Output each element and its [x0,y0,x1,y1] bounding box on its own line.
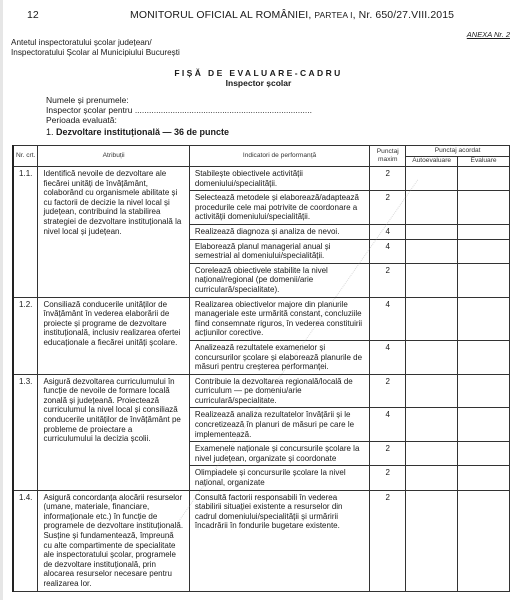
max-score-cell: 4 [370,408,406,442]
indicator-cell: Examenele naționale și concursurile școl… [189,442,369,466]
header-evaluare: Evaluare [458,156,510,167]
name-field-label: Numele și prenumele: [46,95,312,105]
header-indicatori: Indicatori de performanță [189,146,369,167]
self-evaluation-cell[interactable] [406,408,458,442]
indicator-cell: Corelează obiectivele stabilite la nivel… [189,263,369,297]
evaluation-cell[interactable] [458,466,510,490]
table-row: 1.2.Consiliază conducerile unităților de… [13,297,510,340]
indicator-cell: Realizează diagnoza și analiza de nevoi. [189,224,369,239]
evaluation-cell[interactable] [458,490,510,591]
running-header: 12 MONITORUL OFICIAL AL ROMÂNIEI, PARTEA… [0,9,517,23]
evaluation-cell[interactable] [458,408,510,442]
max-score-cell: 2 [370,490,406,591]
period-field-label: Perioada evaluată: [46,115,312,125]
page-number: 12 [27,9,39,21]
header-autoevaluare: Autoevaluare [406,156,458,167]
self-evaluation-cell[interactable] [406,340,458,374]
evaluation-cell[interactable] [458,239,510,263]
self-evaluation-cell[interactable] [406,224,458,239]
indicator-cell: Olimpiadele și concursurile școlare la n… [189,466,369,490]
annex-label: ANEXA Nr. 2 [467,30,510,39]
table-body: 1.1.Identifică nevoile de dezvoltare ale… [13,167,510,592]
max-score-cell: 4 [370,224,406,239]
self-evaluation-cell[interactable] [406,297,458,340]
evaluation-cell[interactable] [458,224,510,239]
attribution-cell: Identifică nevoile de dezvoltare ale fie… [38,167,189,298]
indicator-cell: Realizează analiza rezultatelor învățări… [189,408,369,442]
header-nr: Nr. crt. [13,146,38,167]
evaluee-fields: Numele și prenumele: Inspector școlar pe… [46,95,312,125]
row-number: 1.1. [13,167,38,298]
evaluation-cell[interactable] [458,442,510,466]
row-number: 1.3. [13,374,38,490]
self-evaluation-cell[interactable] [406,263,458,297]
row-number: 1.2. [13,297,38,374]
max-score-cell: 2 [370,263,406,297]
max-score-cell: 4 [370,297,406,340]
table-row: 1.4.Asigură concordanța alocării resurse… [13,490,510,591]
max-score-cell: 2 [370,466,406,490]
attribution-cell: Asigură concordanța alocării resurselor … [38,490,189,591]
max-score-cell: 2 [370,191,406,225]
page-edge [0,0,3,600]
evaluation-table: Nr. crt. Atribuții Indicatori de perform… [12,145,510,592]
indicator-cell: Selectează metodele și elaborează/adapte… [189,191,369,225]
section-heading: 1. Dezvoltare instituțională — 36 de pun… [46,127,229,137]
max-score-cell: 2 [370,167,406,191]
attribution-cell: Consiliază conducerile unităților de înv… [38,297,189,374]
table-row: 1.1.Identifică nevoile de dezvoltare ale… [13,167,510,191]
header-punctaj-maxim: Punctaj maxim [370,146,406,167]
max-score-cell: 2 [370,442,406,466]
max-score-cell: 4 [370,340,406,374]
evaluation-cell[interactable] [458,191,510,225]
self-evaluation-cell[interactable] [406,466,458,490]
evaluation-cell[interactable] [458,374,510,408]
inspector-field-label: Inspector școlar pentru ................… [46,105,312,115]
indicator-cell: Realizarea obiectivelor majore din planu… [189,297,369,340]
self-evaluation-cell[interactable] [406,167,458,191]
journal-title: MONITORUL OFICIAL AL ROMÂNIEI, PARTEA I,… [130,9,454,21]
institution-header: Antetul inspectoratului școlar județean/… [11,38,180,58]
self-evaluation-cell[interactable] [406,239,458,263]
form-title: FIȘĂ DE EVALUARE-CADRU [0,68,517,78]
indicator-cell: Elaborează planul managerial anual și se… [189,239,369,263]
evaluation-cell[interactable] [458,263,510,297]
self-evaluation-cell[interactable] [406,490,458,591]
indicator-cell: Stabilește obiectivele activității domen… [189,167,369,191]
header-punctaj-acordat: Punctaj acordat [406,146,510,157]
evaluation-cell[interactable] [458,167,510,191]
evaluation-cell[interactable] [458,340,510,374]
attribution-cell: Asigură dezvoltarea curriculumului în fu… [38,374,189,490]
max-score-cell: 2 [370,374,406,408]
evaluation-cell[interactable] [458,297,510,340]
self-evaluation-cell[interactable] [406,191,458,225]
indicator-cell: Analizează rezultatele examenelor și con… [189,340,369,374]
max-score-cell: 4 [370,239,406,263]
indicator-cell: Contribuie la dezvoltarea regională/loca… [189,374,369,408]
indicator-cell: Consultă factorii responsabili în vedere… [189,490,369,591]
self-evaluation-cell[interactable] [406,374,458,408]
form-subtitle: Inspector școlar [0,78,517,88]
table-row: 1.3.Asigură dezvoltarea curriculumului î… [13,374,510,408]
row-number: 1.4. [13,490,38,591]
header-atributii: Atribuții [38,146,189,167]
self-evaluation-cell[interactable] [406,442,458,466]
